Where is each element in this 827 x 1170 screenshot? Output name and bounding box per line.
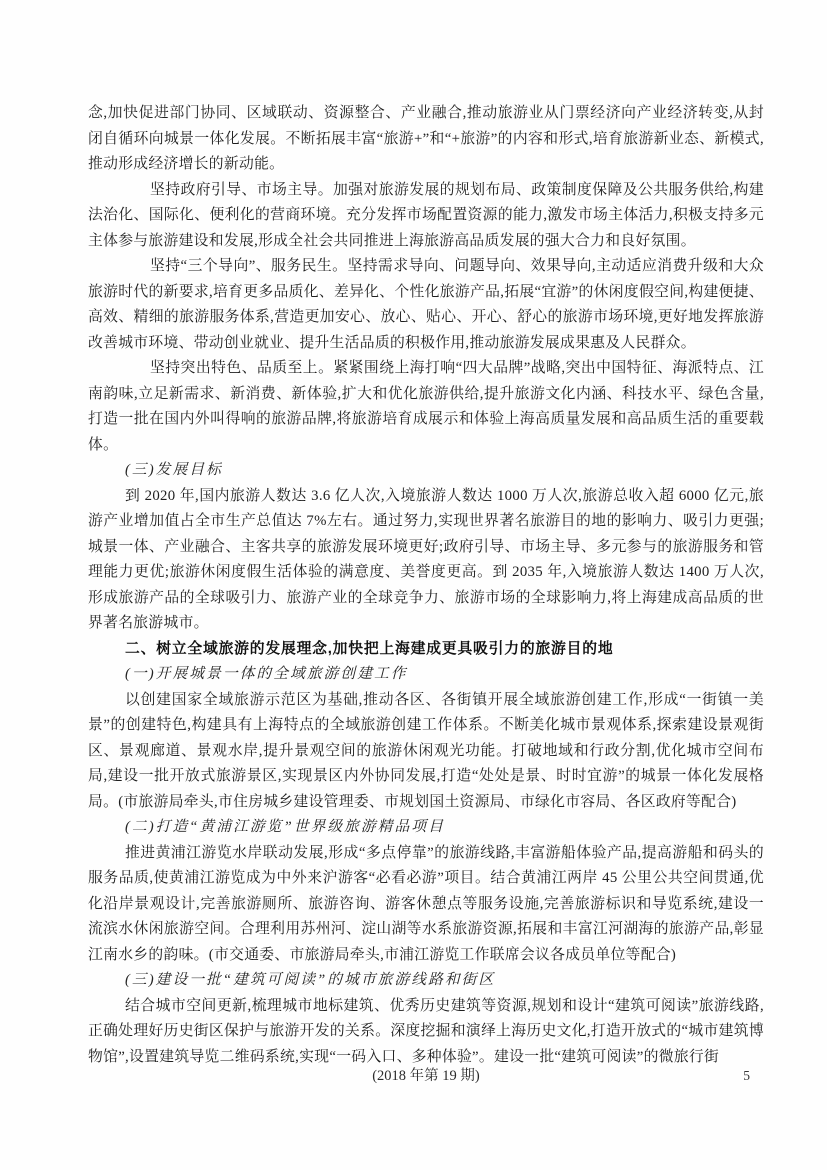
section-heading: 二、树立全域旅游的发展理念,加快把上海建成更具吸引力的旅游目的地: [88, 637, 764, 663]
body-paragraph-continuation: 念,加快促进部门协同、区域联动、资源整合、产业融合,推动旅游业从门票经济向产业经…: [88, 101, 764, 178]
subsection-heading: (三)发展目标: [88, 458, 764, 484]
document-body: 念,加快促进部门协同、区域联动、资源整合、产业融合,推动旅游业从门票经济向产业经…: [88, 101, 764, 1070]
body-paragraph: 到 2020 年,国内旅游人数达 3.6 亿人次,入境旅游人数达 1000 万人…: [88, 484, 764, 637]
body-paragraph: 坚持“三个导向”、服务民生。坚持需求导向、问题导向、效果导向,主动适应消费升级和…: [88, 254, 764, 356]
body-paragraph: 推进黄浦江游览水岸联动发展,形成“多点停靠”的旅游线路,丰富游船体验产品,提高游…: [88, 841, 764, 969]
body-paragraph: 坚持突出特色、品质至上。紧紧围绕上海打响“四大品牌”战略,突出中国特征、海派特点…: [88, 356, 764, 458]
subsection-heading: (一)开展城景一体的全域旅游创建工作: [88, 662, 764, 688]
document-page: 念,加快促进部门协同、区域联动、资源整合、产业融合,推动旅游业从门票经济向产业经…: [0, 0, 827, 1170]
page-footer: (2018 年第 19 期) 5: [88, 1066, 764, 1086]
body-paragraph: 结合城市空间更新,梳理城市地标建筑、优秀历史建筑等资源,规划和设计“建筑可阅读”…: [88, 994, 764, 1071]
issue-label: (2018 年第 19 期): [372, 1068, 480, 1084]
body-paragraph: 坚持政府引导、市场主导。加强对旅游发展的规划布局、政策制度保障及公共服务供给,构…: [88, 178, 764, 255]
page-number: 5: [743, 1066, 750, 1086]
body-paragraph: 以创建国家全域旅游示范区为基础,推动各区、各街镇开展全域旅游创建工作,形成“一街…: [88, 688, 764, 816]
subsection-heading: (二)打造“黄浦江游览”世界级旅游精品项目: [88, 815, 764, 841]
subsection-heading: (三)建设一批“建筑可阅读”的城市旅游线路和街区: [88, 968, 764, 994]
